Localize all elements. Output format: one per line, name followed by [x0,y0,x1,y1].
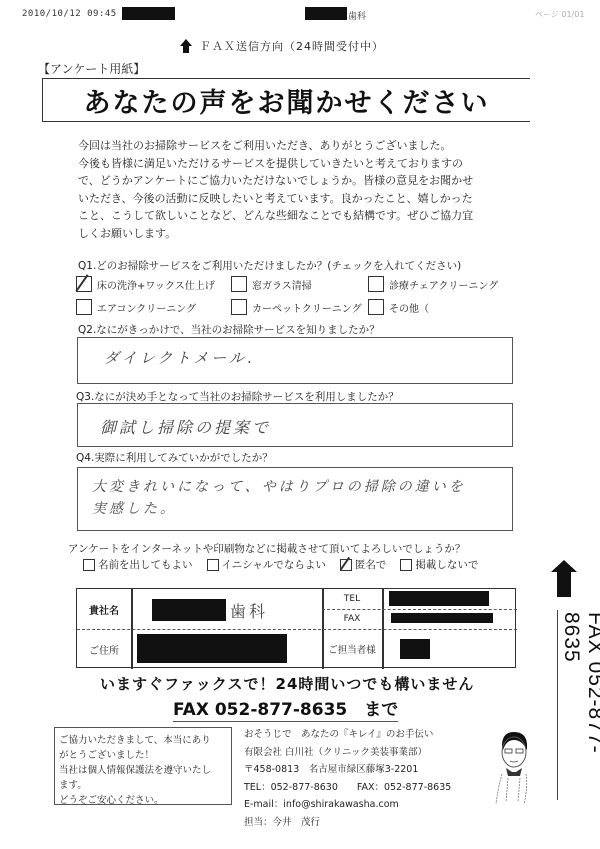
fax-header-department: 歯科 [348,9,366,22]
privacy-line: ます。 [59,778,227,793]
intro-line: で、どうかアンケートにご協力いただけないでしょうか。皆様の意見をお聞かせ [78,172,528,190]
side-fax-label: FAX 052-877-8635 [559,612,600,800]
address-label: ご住所 [77,629,131,669]
intro-line: いただき、今後の活動に反映したいと考えています。良かったこと、嬉しかった [78,190,528,208]
q4-answer: 大変きれいになって、やはりプロの掃除の違いを 実感した。 [92,476,466,520]
company-info: おそうじで あなたの『キレイ』のお手伝い 有限会社 白川社（クリニック美装事業部… [244,726,451,831]
redacted-clinic-name [305,7,347,20]
fax-label: FAX [322,609,382,629]
fax-timestamp: 2010/10/12 09:45 [22,9,117,19]
consent-options: 名前を出してもよい イニシャルでならよい 匿名で 掲載しないで [83,557,478,572]
option-label: カーペットクリーニング [252,300,362,315]
option-label: 窓ガラス清掃 [252,277,312,292]
fax-page-indicator: ページ 01/01 [535,9,584,20]
company-email[interactable]: E-mail：info@shirakawasha.com [244,796,451,814]
intro-line: 今後も皆様に満足いただけるサービスを提供していきたいと考えておりますの [78,155,528,173]
intro-line: こと、こうして欲しいことなど、どんな些細なことでも結構です。ぜひご協力宜 [78,207,528,225]
consent-option-anonymous[interactable]: 匿名で [340,557,387,572]
company-name: 有限会社 白川社（クリニック美装事業部） [244,744,451,762]
intro-paragraph: 今回は当社のお掃除サービスをご利用いただき、ありがとうございました。 今後も皆様… [78,137,528,242]
checkbox[interactable] [368,299,384,315]
privacy-line: がとうございました！ [59,748,227,763]
fax-cta-headline: いますぐファックスで！24時間いつでも構いません [100,673,474,694]
consent-option-initials[interactable]: イニシャルでならよい [207,557,326,572]
checkbox[interactable] [368,276,384,292]
option-label: 匿名で [355,557,387,572]
company-address: 〒458-0813 名古屋市緑区藤塚3-2201 [244,761,451,779]
q2-answer-box[interactable]: ダイレクトメール. [77,337,513,384]
company-contact-person: 担当：今井 茂行 [244,814,451,832]
q3-answer: 御試し掃除の提案で [100,415,271,438]
fax-cta-number: FAX 052-877-8635 まで [173,695,398,722]
checkbox[interactable] [207,559,219,571]
company-name-value: 歯科 [230,599,268,622]
consent-option-do-not-publish[interactable]: 掲載しないで [400,557,478,572]
option-label: イニシャルでならよい [222,557,326,572]
q1-label: Q1.どのお掃除サービスをご利用いただけましたか？(チェックを入れてください) [78,258,461,273]
form-tag: 【アンケート用紙】 [38,60,145,77]
up-arrow-icon [180,39,192,53]
q4-answer-line: 大変きれいになって、やはりプロの掃除の違いを [92,476,466,498]
option-label: 掲載しないで [415,557,478,572]
q1-option-dental-chair[interactable]: 診療チェアクリーニング [368,276,498,292]
redacted-fax [391,613,493,623]
option-label: その他（ [389,300,429,315]
q1-option-floor-wax[interactable]: 床の洗浄+ワックス仕上げ [76,276,215,292]
intro-line: しくお願いします。 [78,225,528,243]
redacted-contact-person [400,639,430,659]
portrait-illustration-icon [494,728,534,808]
side-fax-number: FAX 052-877-8635 [545,560,585,800]
up-arrow-icon [551,560,577,600]
checkbox[interactable] [231,299,247,315]
option-label: 名前を出してもよい [98,557,193,572]
option-label: エアコンクリーニング [97,300,196,315]
fax-direction: ＦＡＸ送信方向（24時間受付中） [180,38,384,54]
q1-option-window[interactable]: 窓ガラス清掃 [231,276,312,292]
q2-answer: ダイレクトメール. [104,347,255,368]
consent-question: アンケートをインターネットや印刷物などに掲載させて頂いてよろしいでしょうか？ [68,541,465,556]
company-phones: TEL：052-877-8630 FAX：052-877-8635 [244,779,451,797]
divider [557,610,558,800]
privacy-line: 当社は個人情報保護法を遵守いたし [59,763,227,778]
q4-answer-box[interactable]: 大変きれいになって、やはりプロの掃除の違いを 実感した。 [77,467,513,531]
q3-answer-box[interactable]: 御試し掃除の提案で [77,403,513,447]
tel-label: TEL [322,589,382,609]
redacted-address [137,634,287,663]
q3-label: Q3.なにが決め手となって当社のお掃除サービスを利用しましたか？ [76,389,399,404]
checkbox-checked[interactable] [76,276,92,292]
option-label: 床の洗浄+ワックス仕上げ [97,277,215,292]
privacy-line: どうぞご安心ください。 [59,793,227,808]
contact-person-label: ご担当者様 [322,629,382,669]
option-label: 診療チェアクリーニング [389,277,498,292]
intro-line: 今回は当社のお掃除サービスをご利用いただき、ありがとうございました。 [78,137,528,155]
q2-label: Q2.なにがきっかけで、当社のお掃除サービスを知りましたか？ [78,322,380,337]
checkbox[interactable] [76,299,92,315]
company-name-label: 貴社名 [77,589,131,629]
contact-info-table: 貴社名 ご住所 TEL FAX ご担当者様 歯科 [76,588,516,668]
checkbox[interactable] [83,559,95,571]
q1-option-other[interactable]: その他（ [368,299,429,315]
company-tagline: おそうじで あなたの『キレイ』のお手伝い [244,726,451,744]
fax-direction-label: ＦＡＸ送信方向（24時間受付中） [200,38,384,54]
privacy-line: ご協力いただきまして、本当にあり [59,733,227,748]
title-banner: あなたの声をお聞かせください [42,78,530,122]
checkbox[interactable] [231,276,247,292]
checkbox[interactable] [400,559,412,571]
redacted-sender [122,7,175,20]
divider [77,629,517,630]
q4-label: Q4.実際に利用してみていかがでしたか？ [76,450,273,465]
redacted-company-name [152,599,226,621]
checkbox-checked[interactable] [340,559,352,571]
q1-option-carpet[interactable]: カーペットクリーニング [231,299,362,315]
q1-option-aircon[interactable]: エアコンクリーニング [76,299,196,315]
privacy-notice: ご協力いただきまして、本当にあり がとうございました！ 当社は個人情報保護法を遵… [54,727,232,805]
q4-answer-line: 実感した。 [92,498,466,520]
page-title: あなたの声をお聞かせください [84,81,490,120]
consent-option-name[interactable]: 名前を出してもよい [83,557,193,572]
redacted-tel [389,591,489,606]
